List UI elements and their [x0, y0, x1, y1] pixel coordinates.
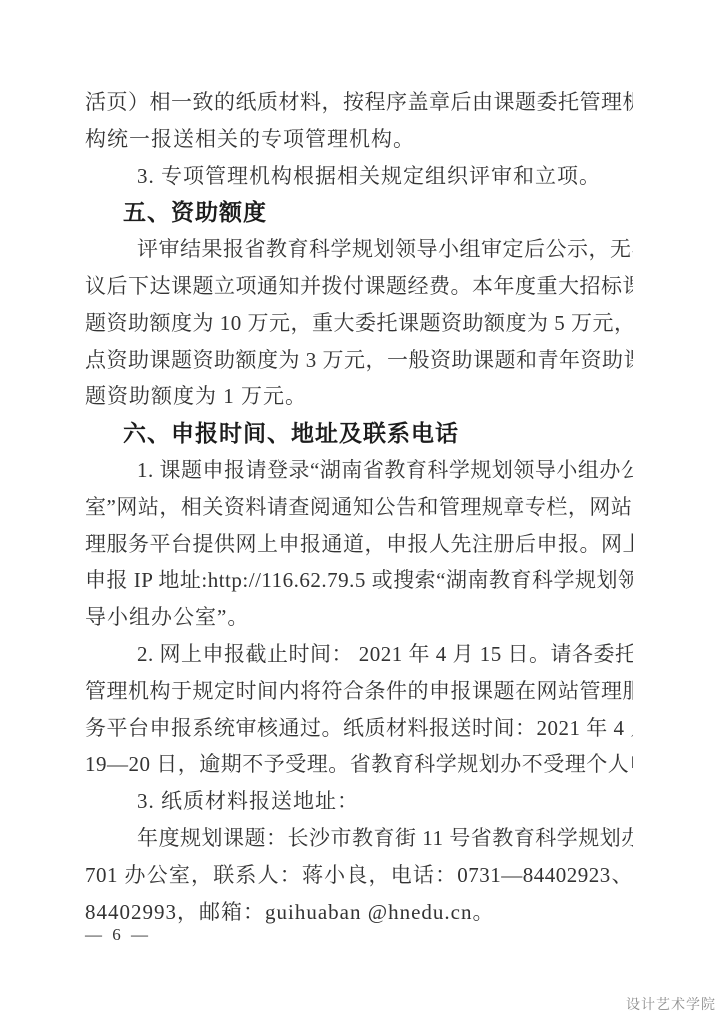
text-line: 点资助课题资助额度为 3 万元，一般资助课题和青年资助课 [85, 342, 633, 379]
section-heading-funding: 五、资助额度 [85, 194, 633, 231]
text-line: 理服务平台提供网上申报通道，申报人先注册后申报。网上 [85, 526, 633, 563]
document-body: 活页）相一致的纸质材料，按程序盖章后由课题委托管理机 构统一报送相关的专项管理机… [85, 84, 633, 930]
text-line: 评审结果报省教育科学规划领导小组审定后公示，无异 [85, 231, 633, 268]
text-line: 构统一报送相关的专项管理机构。 [85, 121, 633, 158]
text-line: 议后下达课题立项通知并拨付课题经费。本年度重大招标课 [85, 268, 633, 305]
text-line-address: 年度规划课题：长沙市教育街 11 号省教育科学规划办 [85, 820, 633, 857]
text-line-list-item-3b: 3. 纸质材料报送地址： [85, 783, 633, 820]
text-line: 题资助额度为 10 万元，重大委托课题资助额度为 5 万元，重 [85, 305, 633, 342]
text-line: 务平台申报系统审核通过。纸质材料报送时间：2021 年 4 月 [85, 710, 633, 747]
text-line: 管理机构于规定时间内将符合条件的申报课题在网站管理服 [85, 673, 633, 710]
text-line-list-item-3: 3. 专项管理机构根据相关规定组织评审和立项。 [85, 158, 633, 195]
text-line: 导小组办公室”。 [85, 599, 633, 636]
text-line: 题资助额度为 1 万元。 [85, 378, 633, 415]
document-page: 活页）相一致的纸质材料，按程序盖章后由课题委托管理机 构统一报送相关的专项管理机… [0, 0, 724, 1024]
text-line-list-item-1: 1. 课题申报请登录“湖南省教育科学规划领导小组办公 [85, 452, 633, 489]
text-line-contact-phone: 701 办公室，联系人：蒋小良，电话：0731—84402923、 [85, 857, 633, 894]
section-heading-application-contact: 六、申报时间、地址及联系电话 [85, 415, 633, 452]
text-line: 19—20 日，逾期不予受理。省教育科学规划办不受理个人申报。 [85, 746, 633, 783]
text-line: 活页）相一致的纸质材料，按程序盖章后由课题委托管理机 [85, 84, 633, 121]
page-number: — 6 — [85, 924, 151, 946]
watermark-label: 设计艺术学院 [626, 994, 716, 1014]
text-line: 室”网站，相关资料请查阅通知公告和管理规章专栏，网站管 [85, 489, 633, 526]
text-line-list-item-2: 2. 网上申报截止时间： 2021 年 4 月 15 日。请各委托 [85, 636, 633, 673]
text-line-contact-email: 84402993，邮箱：guihuaban @hnedu.cn。 [85, 894, 633, 931]
text-line-application-url: 申报 IP 地址:http://116.62.79.5 或搜索“湖南教育科学规划… [85, 562, 633, 599]
